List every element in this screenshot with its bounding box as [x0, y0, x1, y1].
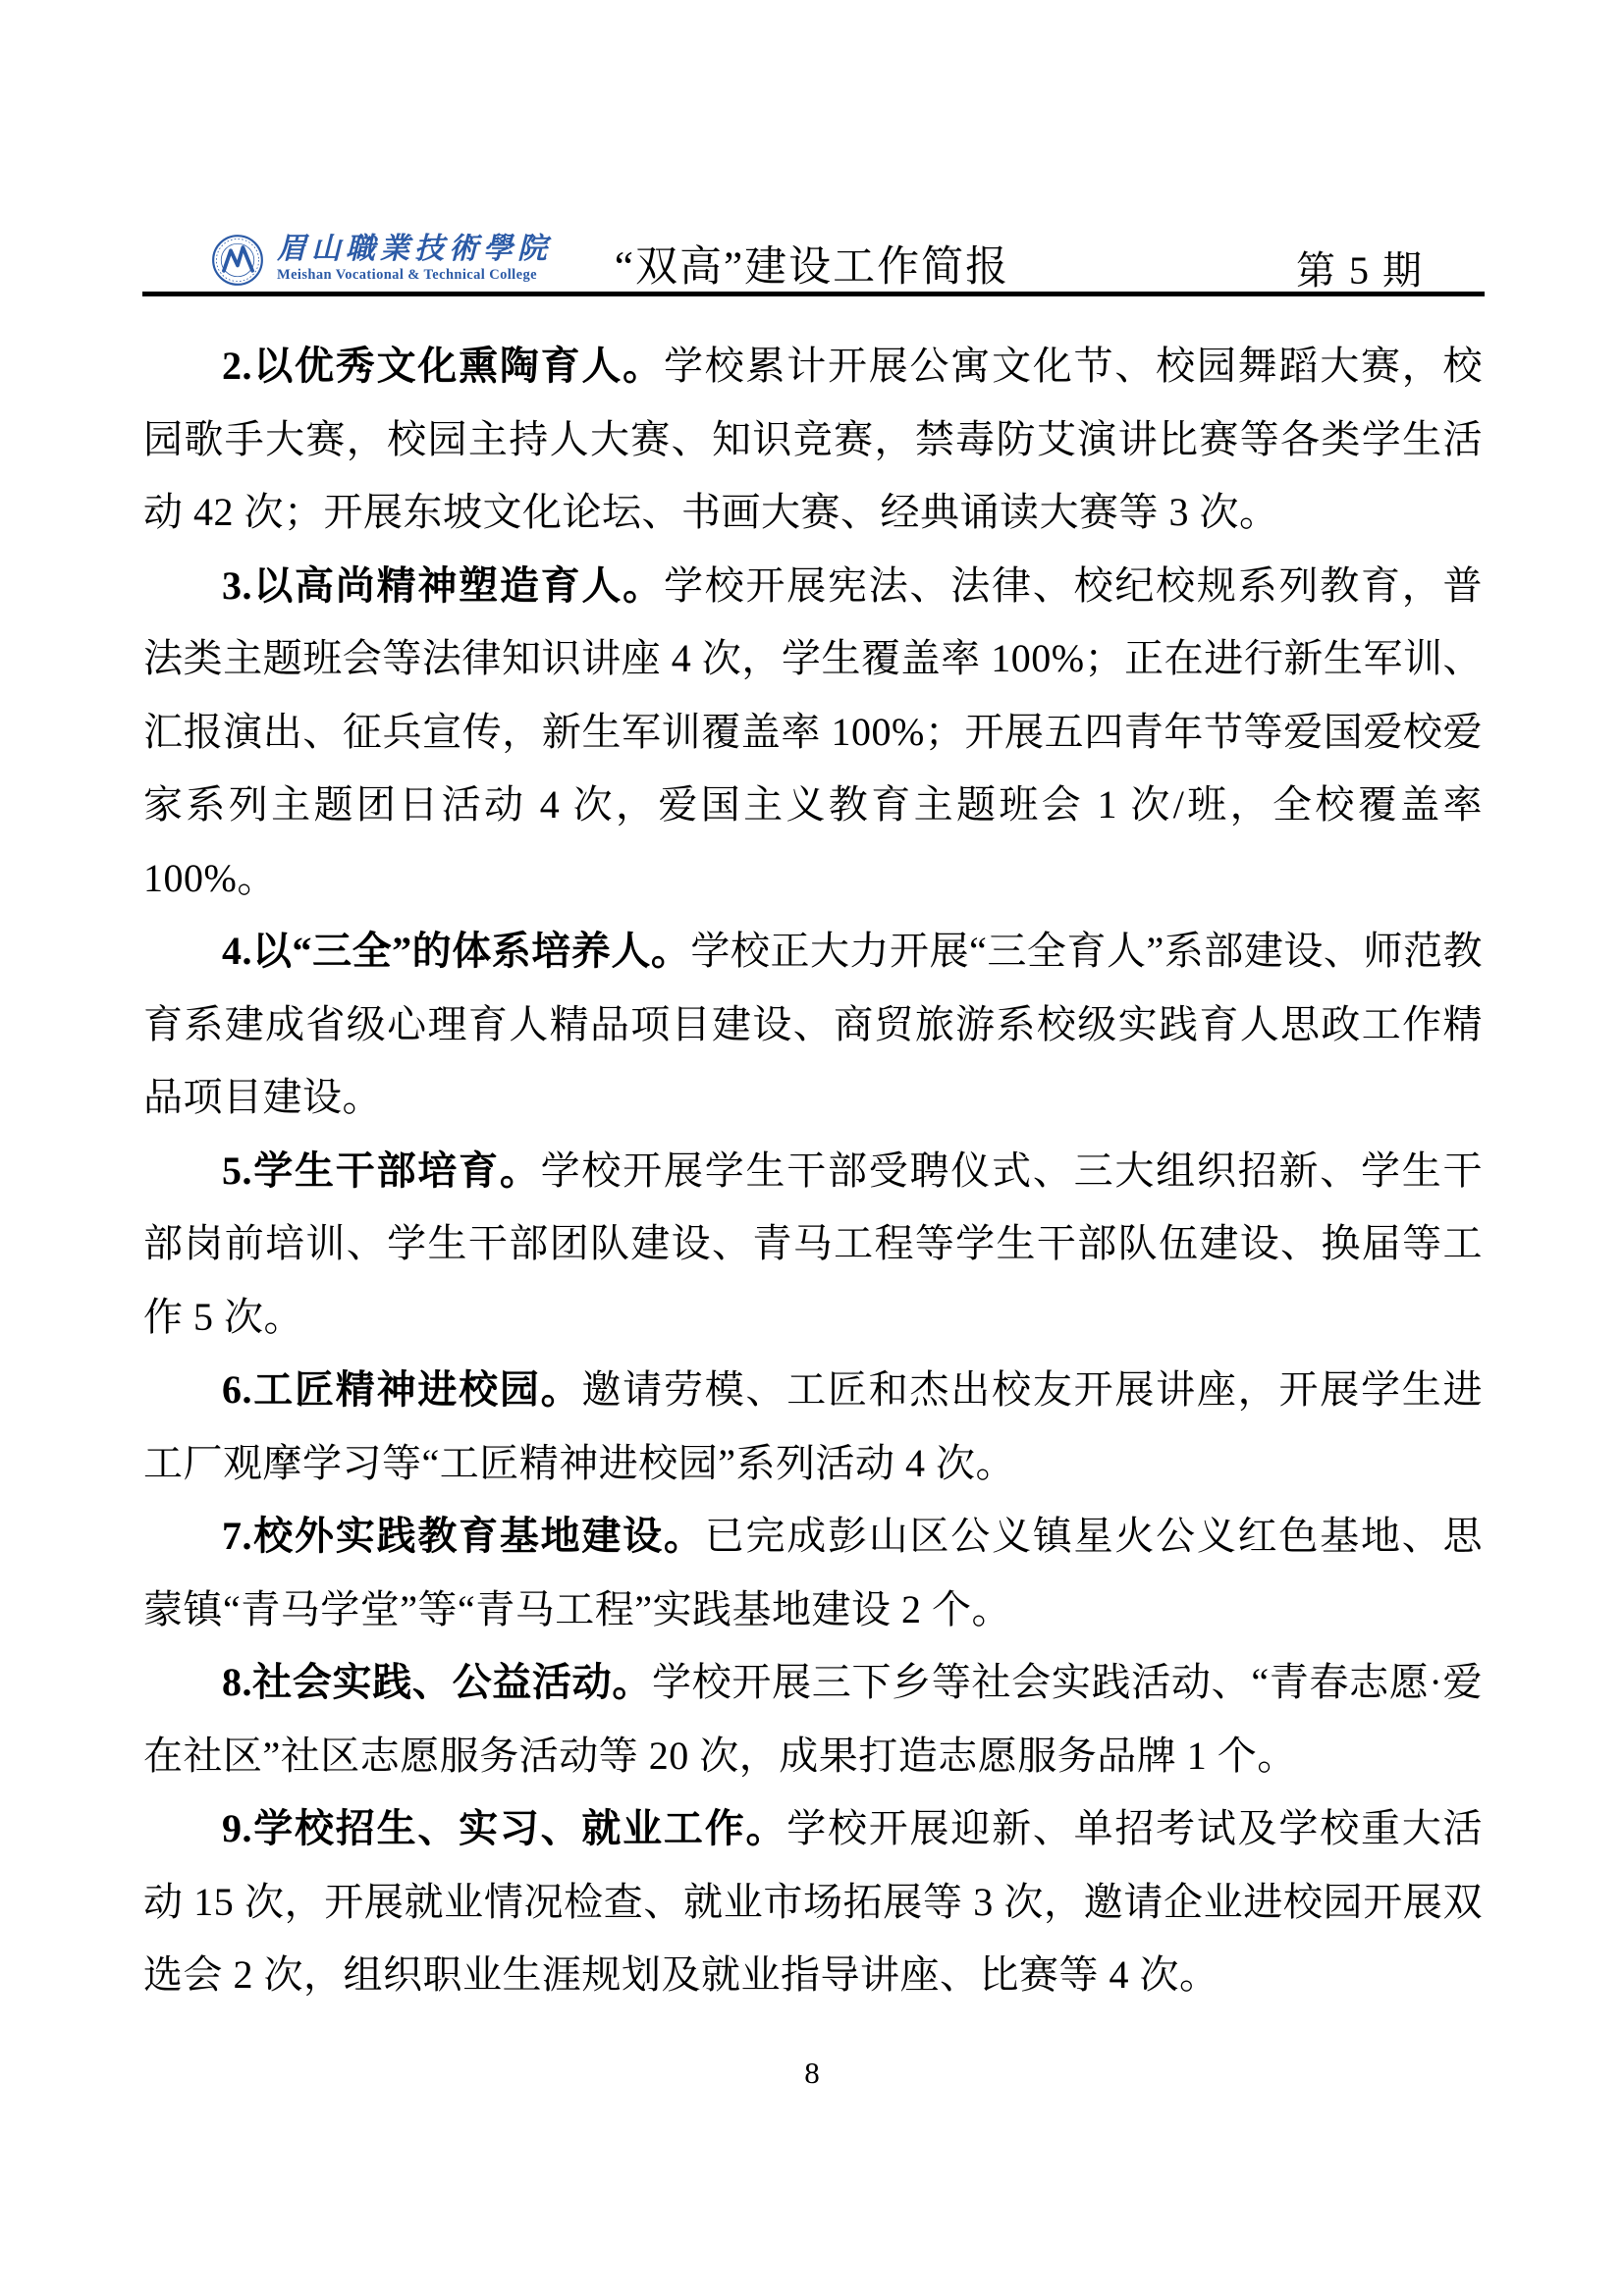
paragraph-9-lead: 9.学校招生、实习、就业工作。 [222, 1806, 786, 1850]
document-page: 眉山職業技術學院 Meishan Vocational & Technical … [0, 0, 1624, 2296]
paragraph-3-lead: 3.以高尚精神塑造育人。 [222, 563, 664, 608]
header-divider [142, 292, 1485, 296]
paragraph-6-lead: 6.工匠精神进校园。 [222, 1367, 581, 1412]
paragraph-7: 7.校外实践教育基地建设。已完成彭山区公义镇星火公义红色基地、思蒙镇“青马学堂”… [143, 1500, 1483, 1646]
paragraph-5: 5.学生干部培育。学校开展学生干部受聘仪式、三大组织招新、学生干部岗前培训、学生… [143, 1135, 1483, 1355]
paragraph-2-lead: 2.以优秀文化熏陶育人。 [222, 344, 664, 388]
issue-number: 第 5 期 [1296, 249, 1424, 293]
paragraph-3: 3.以高尚精神塑造育人。学校开展宪法、法律、校纪校规系列教育，普 法类主题班会等… [143, 550, 1483, 916]
paragraph-8: 8.社会实践、公益活动。学校开展三下乡等社会实践活动、“青春志愿·爱在社区”社区… [143, 1646, 1483, 1792]
paragraph-6: 6.工匠精神进校园。邀请劳模、工匠和杰出校友开展讲座，开展学生进工厂观摩学习等“… [143, 1354, 1483, 1500]
paragraph-2: 2.以优秀文化熏陶育人。学校累计开展公寓文化节、校园舞蹈大赛，校园歌手大赛，校园… [143, 330, 1483, 550]
paragraph-8-lead: 8.社会实践、公益活动。 [222, 1660, 652, 1704]
paragraph-7-lead: 7.校外实践教育基地建设。 [222, 1514, 705, 1558]
page-number: 8 [0, 2056, 1624, 2091]
document-body: 2.以优秀文化熏陶育人。学校累计开展公寓文化节、校园舞蹈大赛，校园歌手大赛，校园… [143, 330, 1483, 2012]
paragraph-4: 4.以“三全”的体系培养人。学校正大力开展“三全育人”系部建设、师范教育系建成省… [143, 915, 1483, 1135]
paragraph-4-lead: 4.以“三全”的体系培养人。 [222, 929, 690, 973]
paragraph-5-lead: 5.学生干部培育。 [222, 1148, 541, 1193]
paragraph-3-text: 学校开展宪法、法律、校纪校规系列教育，普 法类主题班会等法律知识讲座 4 次，学… [143, 563, 1483, 900]
paragraph-9: 9.学校招生、实习、就业工作。学校开展迎新、单招考试及学校重大活动 15 次，开… [143, 1792, 1483, 2012]
